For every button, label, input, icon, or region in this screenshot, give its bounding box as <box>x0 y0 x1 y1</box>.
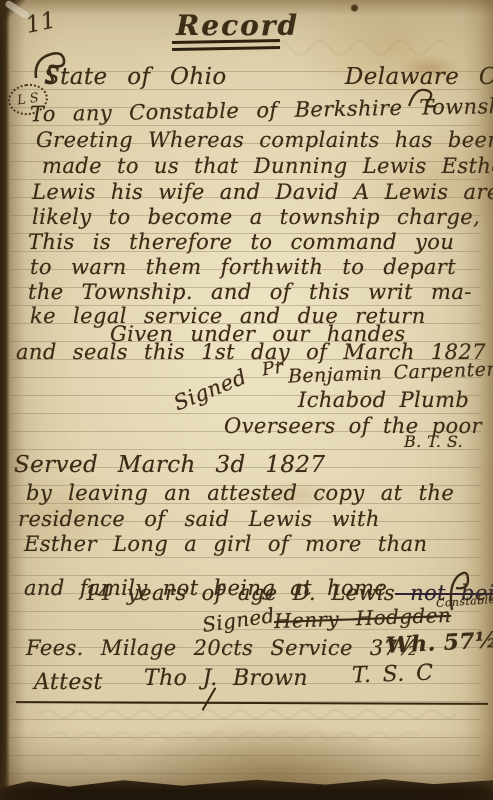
bleed-through-texture <box>40 706 470 766</box>
writ-line: Lewis his wife and David A Lewis are <box>32 180 493 204</box>
fees-total: Wh. 57½ <box>385 627 493 659</box>
book-bottom-edge <box>0 778 493 800</box>
fees-line: Fees. Milage 20cts Service 37½ <box>26 636 418 660</box>
page-title: Record <box>176 9 299 42</box>
writ-line: made to us that Dunning Lewis Esther <box>42 154 493 178</box>
signed-label: Signed <box>170 365 250 416</box>
ink-spot <box>350 4 359 12</box>
writ-line: likely to become a township charge, <box>32 205 480 229</box>
attest-suffix: T. S. C <box>352 661 434 689</box>
page-number: 11 <box>24 7 59 39</box>
writ-line: the Township. and of this writ ma- <box>28 280 472 304</box>
return-line: Served March 3d 1827 <box>14 452 325 478</box>
writ-line: To any Constable of Berkshire Township <box>30 94 493 127</box>
return-line: Esther Long a girl of more than <box>24 532 427 556</box>
ledger-page-scan: 11 Record L S State of Ohio Delaware Cou… <box>0 0 493 800</box>
writ-line: This is therefore to command you <box>28 230 454 254</box>
closing-rule <box>16 701 488 705</box>
return-line: residence of said Lewis with <box>18 507 380 531</box>
writ-line: to warn them forthwith to depart <box>30 255 456 279</box>
attest-name: Tho J. Brown <box>144 666 308 691</box>
writ-line: State of Ohio Delaware County ss <box>44 64 493 90</box>
per-mark: Pr <box>261 357 285 381</box>
overseers-initials: B. T. S. <box>404 432 463 451</box>
writ-line: Greeting Whereas complaints has been <box>36 128 493 152</box>
title-double-underline <box>172 39 280 51</box>
return-line: by leaving an attested copy at the <box>26 481 454 505</box>
bleed-through-texture <box>270 28 470 68</box>
attest-label: Attest <box>34 670 103 695</box>
signature-overseer-2: Ichabod Plumb <box>298 388 469 412</box>
book-binding-edge <box>0 0 10 800</box>
return-line: and family not being at home <box>24 576 387 600</box>
